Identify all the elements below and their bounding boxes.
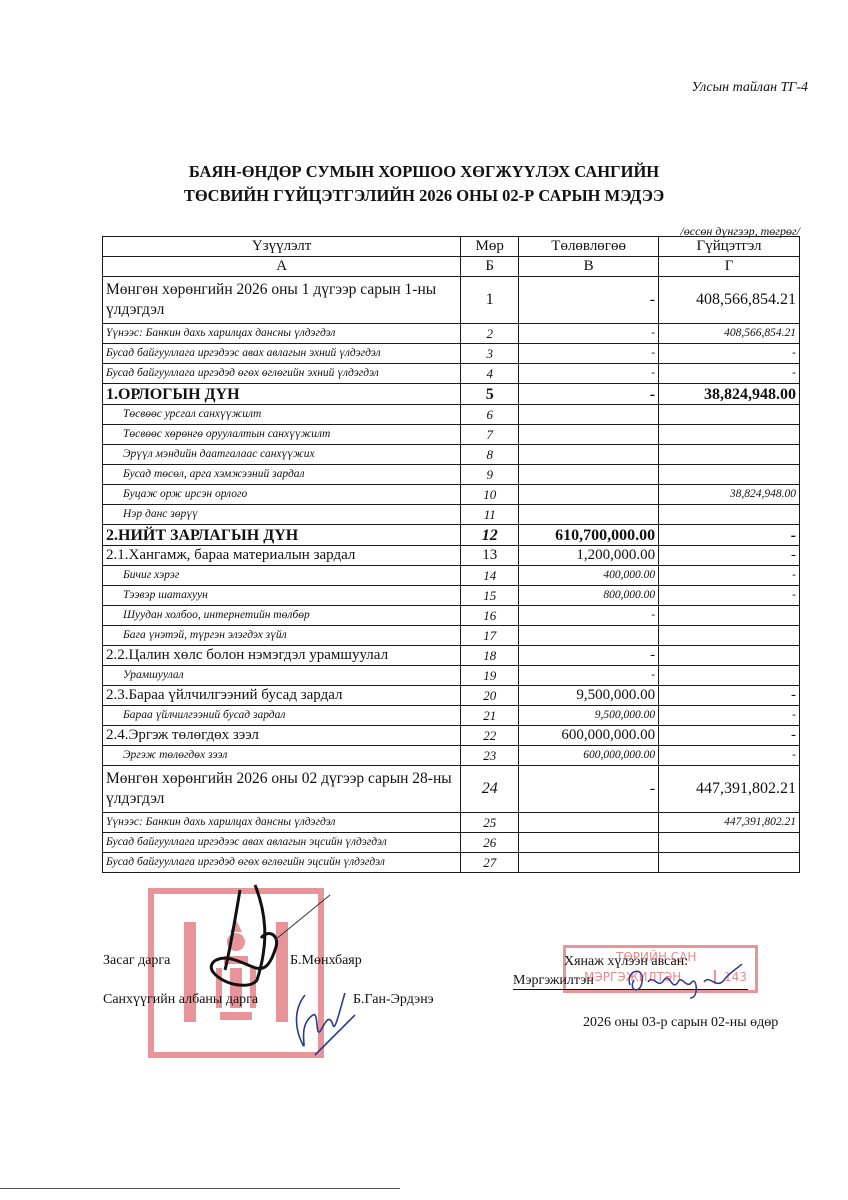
row-number: 26 xyxy=(461,833,519,853)
row-number: 7 xyxy=(461,425,519,445)
row-number: 11 xyxy=(461,505,519,525)
plan-value: 400,000.00 xyxy=(519,566,659,586)
table-row: Эрүүл мэндийн даатгалаас санхүүжих8 xyxy=(103,445,800,465)
row-number: 4 xyxy=(461,364,519,384)
execution-value xyxy=(659,505,800,525)
execution-value: - xyxy=(659,706,800,726)
column-code-d: Г xyxy=(659,257,800,277)
row-number: 5 xyxy=(461,384,519,405)
execution-value: 408,566,854.21 xyxy=(659,324,800,344)
plan-value: 800,000.00 xyxy=(519,586,659,606)
governor-title: Засаг дарга xyxy=(103,953,170,969)
execution-value xyxy=(659,853,800,873)
execution-value: - xyxy=(659,546,800,566)
table-row: Бага үнэтэй, түргэн элэгдэх зүйл17 xyxy=(103,626,800,646)
table-row: Нэр данс зөрүү11 xyxy=(103,505,800,525)
row-number: 20 xyxy=(461,686,519,706)
table-row: Бусад байгууллага иргэдэд өгөх өглөгийн … xyxy=(103,853,800,873)
row-number: 24 xyxy=(461,766,519,813)
row-number: 27 xyxy=(461,853,519,873)
row-description: 1.ОРЛОГЫН ДҮН xyxy=(103,384,461,405)
report-title: БАЯН-ӨНДӨР СУМЫН ХОРШОО ХӨГЖҮҮЛЭХ САНГИЙ… xyxy=(0,160,848,208)
column-code-b: Б xyxy=(461,257,519,277)
row-description: 2.1.Хангамж, бараа материалын зардал xyxy=(103,546,461,566)
execution-value: - xyxy=(659,364,800,384)
plan-value xyxy=(519,405,659,425)
table-row: 2.НИЙТ ЗАРЛАГЫН ДҮН12610,700,000.00- xyxy=(103,525,800,546)
row-description: Үүнээс: Банкин дахь харилцах дансны үлдэ… xyxy=(103,813,461,833)
execution-value: - xyxy=(659,586,800,606)
execution-value: 38,824,948.00 xyxy=(659,485,800,505)
row-number: 21 xyxy=(461,706,519,726)
row-number: 23 xyxy=(461,746,519,766)
form-code: Улсын тайлан ТГ-4 xyxy=(691,80,808,96)
execution-value xyxy=(659,626,800,646)
table-row: Үүнээс: Банкин дахь харилцах дансны үлдэ… xyxy=(103,324,800,344)
plan-value: - xyxy=(519,606,659,626)
table-body: Мөнгөн хөрөнгийн 2026 оны 1 дүгээр сарын… xyxy=(103,277,800,873)
row-description: 2.НИЙТ ЗАРЛАГЫН ДҮН xyxy=(103,525,461,546)
execution-value: - xyxy=(659,566,800,586)
title-line-1: БАЯН-ӨНДӨР СУМЫН ХОРШОО ХӨГЖҮҮЛЭХ САНГИЙ… xyxy=(0,160,848,184)
row-number: 6 xyxy=(461,405,519,425)
row-description: Бичиг хэрэг xyxy=(103,566,461,586)
execution-value: - xyxy=(659,344,800,364)
table-row: Шуудан холбоо, интернетийн төлбөр16- xyxy=(103,606,800,626)
execution-value xyxy=(659,405,800,425)
table-row: Төсвөөс хөрөнгө оруулалтын санхүүжилт7 xyxy=(103,425,800,445)
row-description: Бага үнэтэй, түргэн элэгдэх зүйл xyxy=(103,626,461,646)
execution-value: - xyxy=(659,746,800,766)
plan-value: - xyxy=(519,324,659,344)
execution-value: 38,824,948.00 xyxy=(659,384,800,405)
table-row: 2.4.Эргэж төлөгдөх зээл22600,000,000.00- xyxy=(103,726,800,746)
row-description: Бусад байгууллага иргэдэд өгөх өглөгийн … xyxy=(103,364,461,384)
page-edge-line xyxy=(0,1188,400,1189)
plan-value: - xyxy=(519,646,659,666)
plan-value: 1,200,000.00 xyxy=(519,546,659,566)
row-number: 2 xyxy=(461,324,519,344)
plan-value xyxy=(519,465,659,485)
column-header-row: Үзүүлэлт Мөр Төлөвлөгөө Гүйцэтгэл xyxy=(103,237,800,257)
row-number: 3 xyxy=(461,344,519,364)
row-number: 19 xyxy=(461,666,519,686)
table-row: Тээвэр шатахуун15800,000.00- xyxy=(103,586,800,606)
row-description: Мөнгөн хөрөнгийн 2026 оны 1 дүгээр сарын… xyxy=(103,277,461,324)
table-row: Мөнгөн хөрөнгийн 2026 оны 02 дүгээр сары… xyxy=(103,766,800,813)
row-description: Урамшуулал xyxy=(103,666,461,686)
row-description: Бусад байгууллага иргэдэд өгөх өглөгийн … xyxy=(103,853,461,873)
row-description: Буцаж орж ирсэн орлого xyxy=(103,485,461,505)
plan-value: - xyxy=(519,277,659,324)
row-number: 18 xyxy=(461,646,519,666)
execution-value xyxy=(659,833,800,853)
row-description: 2.3.Бараа үйлчилгээний бусад зардал xyxy=(103,686,461,706)
plan-value: - xyxy=(519,766,659,813)
table-row: Буцаж орж ирсэн орлого1038,824,948.00 xyxy=(103,485,800,505)
plan-value: - xyxy=(519,384,659,405)
row-description: Төсвөөс хөрөнгө оруулалтын санхүүжилт xyxy=(103,425,461,445)
row-description: Бусад төсөл, арга хэмжээний зардал xyxy=(103,465,461,485)
column-header-execution: Гүйцэтгэл xyxy=(659,237,800,257)
plan-value xyxy=(519,445,659,465)
row-number: 15 xyxy=(461,586,519,606)
execution-value xyxy=(659,465,800,485)
row-description: Бусад байгууллага иргэдээс авах авлагын … xyxy=(103,833,461,853)
plan-value: 9,500,000.00 xyxy=(519,686,659,706)
table-row: Мөнгөн хөрөнгийн 2026 оны 1 дүгээр сарын… xyxy=(103,277,800,324)
budget-report-table: Үзүүлэлт Мөр Төлөвлөгөө Гүйцэтгэл А Б В … xyxy=(102,236,800,873)
finance-head-name: Б.Ган-Эрдэнэ xyxy=(353,992,434,1008)
table-row: Бичиг хэрэг14400,000.00- xyxy=(103,566,800,586)
plan-value xyxy=(519,853,659,873)
specialist-signature-icon xyxy=(620,960,750,1000)
row-number: 16 xyxy=(461,606,519,626)
plan-value: 610,700,000.00 xyxy=(519,525,659,546)
governor-name: Б.Мөнхбаяр xyxy=(290,953,362,969)
column-header-plan: Төлөвлөгөө xyxy=(519,237,659,257)
plan-value: - xyxy=(519,344,659,364)
table-row: 2.3.Бараа үйлчилгээний бусад зардал209,5… xyxy=(103,686,800,706)
row-description: Эргэж төлөгдөх зээл xyxy=(103,746,461,766)
plan-value: - xyxy=(519,364,659,384)
row-description: 2.4.Эргэж төлөгдөх зээл xyxy=(103,726,461,746)
row-description: Үүнээс: Банкин дахь харилцах дансны үлдэ… xyxy=(103,324,461,344)
row-description: Бусад байгууллага иргэдээс авах авлагын … xyxy=(103,344,461,364)
table-row: 2.2.Цалин хөлс болон нэмэгдэл урамшуулал… xyxy=(103,646,800,666)
column-code-row: А Б В Г xyxy=(103,257,800,277)
table-row: Үүнээс: Банкин дахь харилцах дансны үлдэ… xyxy=(103,813,800,833)
column-header-row-number: Мөр xyxy=(461,237,519,257)
row-number: 9 xyxy=(461,465,519,485)
execution-value xyxy=(659,606,800,626)
row-number: 10 xyxy=(461,485,519,505)
execution-value: 408,566,854.21 xyxy=(659,277,800,324)
plan-value: 600,000,000.00 xyxy=(519,746,659,766)
row-number: 12 xyxy=(461,525,519,546)
table-row: Бусад төсөл, арга хэмжээний зардал9 xyxy=(103,465,800,485)
plan-value xyxy=(519,626,659,646)
row-description: Эрүүл мэндийн даатгалаас санхүүжих xyxy=(103,445,461,465)
row-number: 17 xyxy=(461,626,519,646)
execution-value: - xyxy=(659,525,800,546)
table-row: Бусад байгууллага иргэдээс авах авлагын … xyxy=(103,344,800,364)
table-row: Эргэж төлөгдөх зээл23600,000,000.00- xyxy=(103,746,800,766)
plan-value xyxy=(519,833,659,853)
execution-value: - xyxy=(659,726,800,746)
plan-value xyxy=(519,505,659,525)
plan-value: - xyxy=(519,666,659,686)
plan-value xyxy=(519,485,659,505)
row-number: 13 xyxy=(461,546,519,566)
row-description: Шуудан холбоо, интернетийн төлбөр xyxy=(103,606,461,626)
plan-value xyxy=(519,813,659,833)
specialist-label: Мэргэжилтэн xyxy=(513,973,594,988)
table-row: Төсвөөс урсгал санхүүжилт6 xyxy=(103,405,800,425)
row-description: Мөнгөн хөрөнгийн 2026 оны 02 дүгээр сары… xyxy=(103,766,461,813)
column-code-c: В xyxy=(519,257,659,277)
row-number: 14 xyxy=(461,566,519,586)
table-row: Бараа үйлчилгээний бусад зардал219,500,0… xyxy=(103,706,800,726)
execution-value xyxy=(659,445,800,465)
row-description: Бараа үйлчилгээний бусад зардал xyxy=(103,706,461,726)
table-row: Урамшуулал19- xyxy=(103,666,800,686)
table-row: 1.ОРЛОГЫН ДҮН5-38,824,948.00 xyxy=(103,384,800,405)
row-description: Төсвөөс урсгал санхүүжилт xyxy=(103,405,461,425)
table-row: Бусад байгууллага иргэдээс авах авлагын … xyxy=(103,833,800,853)
row-number: 1 xyxy=(461,277,519,324)
execution-value xyxy=(659,666,800,686)
table-row: 2.1.Хангамж, бараа материалын зардал131,… xyxy=(103,546,800,566)
row-number: 8 xyxy=(461,445,519,465)
column-code-a: А xyxy=(103,257,461,277)
governor-signature-icon xyxy=(195,880,335,1000)
execution-value: 447,391,802.21 xyxy=(659,813,800,833)
report-date: 2026 оны 03-р сарын 02-ны өдөр xyxy=(583,1015,778,1031)
table-row: Бусад байгууллага иргэдэд өгөх өглөгийн … xyxy=(103,364,800,384)
execution-value: 447,391,802.21 xyxy=(659,766,800,813)
row-description: 2.2.Цалин хөлс болон нэмэгдэл урамшуулал xyxy=(103,646,461,666)
plan-value xyxy=(519,425,659,445)
finance-head-title: Санхүүгийн албаны дарга xyxy=(103,992,258,1008)
execution-value xyxy=(659,425,800,445)
row-number: 22 xyxy=(461,726,519,746)
execution-value xyxy=(659,646,800,666)
row-number: 25 xyxy=(461,813,519,833)
row-description: Тээвэр шатахуун xyxy=(103,586,461,606)
execution-value: - xyxy=(659,686,800,706)
plan-value: 9,500,000.00 xyxy=(519,706,659,726)
column-header-description: Үзүүлэлт xyxy=(103,237,461,257)
title-line-2: ТӨСВИЙН ГҮЙЦЭТГЭЛИЙН 2026 ОНЫ 02-Р САРЫН… xyxy=(0,184,848,208)
plan-value: 600,000,000.00 xyxy=(519,726,659,746)
row-description: Нэр данс зөрүү xyxy=(103,505,461,525)
